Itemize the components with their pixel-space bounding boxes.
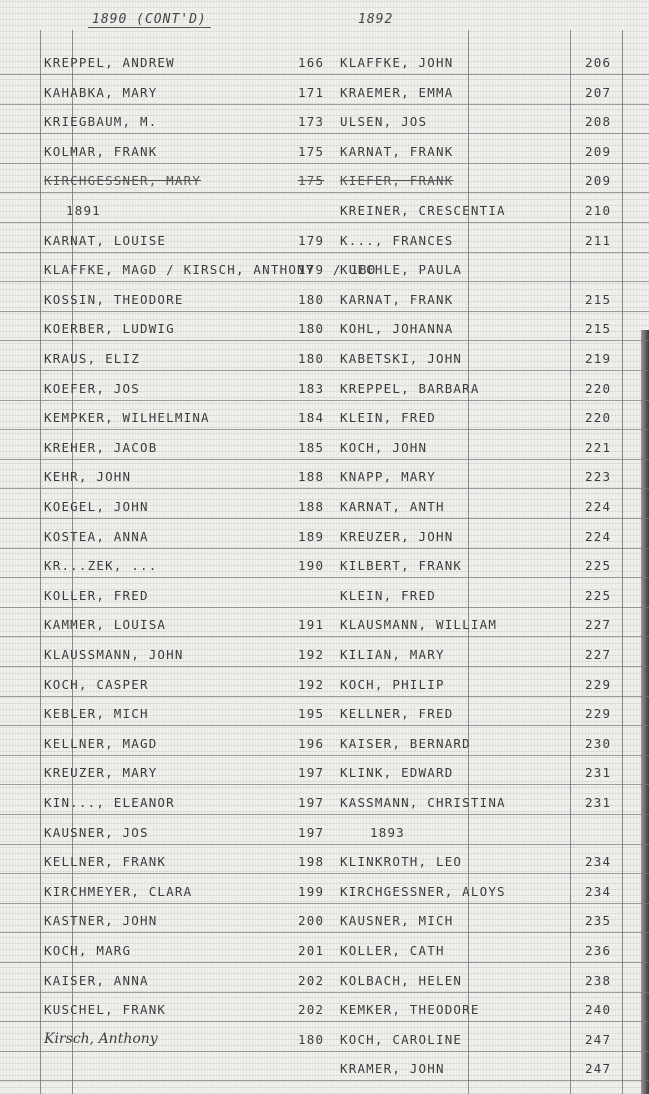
ledger-row: KAMMER, LOUISA191KLAUSMANN, WILLIAM227 xyxy=(0,608,649,637)
entry-number: 198 xyxy=(298,854,324,869)
ledger-row: KARNAT, LOUISE179K..., FRANCES211 xyxy=(0,224,649,253)
right-entry-name: KLEIN, FRED xyxy=(340,410,436,425)
page-number: 209 xyxy=(585,173,611,188)
left-entry-name: KAISER, ANNA xyxy=(44,973,149,988)
page-number: 223 xyxy=(585,469,611,484)
left-entry-name: KRIEGBAUM, M. xyxy=(44,114,157,129)
right-entry-name: ULSEN, JOS xyxy=(340,114,427,129)
left-entry-name: KOSSIN, THEODORE xyxy=(44,292,184,307)
entry-number: 196 xyxy=(298,736,324,751)
ledger-row: KIRCHGESSNER, MARY175KIEFER, FRANK209 xyxy=(0,164,649,193)
page-number: 238 xyxy=(585,973,611,988)
ledger-row: KREUZER, MARY197KLINK, EDWARD231 xyxy=(0,756,649,785)
right-entry-name: KLAUSMANN, WILLIAM xyxy=(340,617,497,632)
right-entry-name: KASSMANN, CHRISTINA xyxy=(340,795,506,810)
page-number: 206 xyxy=(585,55,611,70)
right-entry-name: KOLLER, CATH xyxy=(340,943,445,958)
right-entry-name: KLAFFKE, JOHN xyxy=(340,55,453,70)
ledger-row: KOERBER, LUDWIG180KOHL, JOHANNA215 xyxy=(0,312,649,341)
page-number: 209 xyxy=(585,144,611,159)
left-entry-name: KOLMAR, FRANK xyxy=(44,144,157,159)
entry-number: 202 xyxy=(298,973,324,988)
page-number: 211 xyxy=(585,233,611,248)
ledger-row: KAHABKA, MARY171KRAEMER, EMMA207 xyxy=(0,76,649,105)
ledger-row: KR...ZEK, ...190KILBERT, FRANK225 xyxy=(0,549,649,578)
page-number: 234 xyxy=(585,854,611,869)
page-number: 230 xyxy=(585,736,611,751)
left-entry-name: KELLNER, MAGD xyxy=(44,736,157,751)
ledger-row: 1891KREINER, CRESCENTIA210 xyxy=(0,194,649,223)
page-number: 221 xyxy=(585,440,611,455)
ledger-row: KEHR, JOHN188KNAPP, MARY223 xyxy=(0,460,649,489)
page-number: 207 xyxy=(585,85,611,100)
left-entry-name: KOEFER, JOS xyxy=(44,381,140,396)
page-number: 220 xyxy=(585,410,611,425)
right-entry-name: KREINER, CRESCENTIA xyxy=(340,203,506,218)
left-entry-name: KIRCHMEYER, CLARA xyxy=(44,884,192,899)
page-number: 247 xyxy=(585,1061,611,1076)
right-entry-name: KARNAT, FRANK xyxy=(340,292,453,307)
right-entry-name: KABETSKI, JOHN xyxy=(340,351,462,366)
left-entry-name: KEBLER, MICH xyxy=(44,706,149,721)
ledger-row: KLAUSSMANN, JOHN192KILIAN, MARY227 xyxy=(0,638,649,667)
left-entry-name: KARNAT, LOUISE xyxy=(44,233,166,248)
right-entry-name: KAISER, BERNARD xyxy=(340,736,471,751)
right-entry-name: KAUSNER, MICH xyxy=(340,913,453,928)
page-number: 225 xyxy=(585,588,611,603)
right-entry-name: KILBERT, FRANK xyxy=(340,558,462,573)
entry-number: 173 xyxy=(298,114,324,129)
ledger-row: KRAMER, JOHN247 xyxy=(0,1052,649,1081)
left-entry-name: Kirsch, Anthony xyxy=(44,1031,158,1047)
right-entry-name: KNAPP, MARY xyxy=(340,469,436,484)
right-entry-name: KOCH, PHILIP xyxy=(340,677,445,692)
entry-number: 166 xyxy=(298,55,324,70)
entry-number: 200 xyxy=(298,913,324,928)
page-number: 224 xyxy=(585,529,611,544)
right-year-heading: 1892 xyxy=(358,12,393,27)
left-entry-name: KOCH, CASPER xyxy=(44,677,149,692)
right-entry-name: 1893 xyxy=(370,825,405,840)
left-entry-name: KIN..., ELEANOR xyxy=(44,795,175,810)
right-entry-name: K..., FRANCES xyxy=(340,233,453,248)
page-number: 227 xyxy=(585,617,611,632)
entry-number: 201 xyxy=(298,943,324,958)
page-number: 219 xyxy=(585,351,611,366)
right-entry-name: KREPPEL, BARBARA xyxy=(340,381,480,396)
entry-number: 197 xyxy=(298,795,324,810)
page-number: 210 xyxy=(585,203,611,218)
ledger-row: KRIEGBAUM, M.173ULSEN, JOS208 xyxy=(0,105,649,134)
ledger-row: KASTNER, JOHN200KAUSNER, MICH235 xyxy=(0,904,649,933)
ledger-row: KEMPKER, WILHELMINA184KLEIN, FRED220 xyxy=(0,401,649,430)
left-entry-name: KAUSNER, JOS xyxy=(44,825,149,840)
entry-number: 192 xyxy=(298,677,324,692)
page-number: 220 xyxy=(585,381,611,396)
entry-number: 175 xyxy=(298,144,324,159)
left-year-heading: 1890 (CONT'D) xyxy=(88,12,211,28)
ledger-row: KIRCHMEYER, CLARA199KIRCHGESSNER, ALOYS2… xyxy=(0,875,649,904)
left-entry-name: KRAUS, ELIZ xyxy=(44,351,140,366)
right-entry-name: KLINK, EDWARD xyxy=(340,765,453,780)
page-number: 247 xyxy=(585,1032,611,1047)
ledger-row: KREHER, JACOB185KOCH, JOHN221 xyxy=(0,431,649,460)
right-entry-name: KARNAT, FRANK xyxy=(340,144,453,159)
left-entry-name: KOEGEL, JOHN xyxy=(44,499,149,514)
left-entry-name: KREHER, JACOB xyxy=(44,440,157,455)
ledger-row: KOCH, CASPER192KOCH, PHILIP229 xyxy=(0,668,649,697)
entry-number: 199 xyxy=(298,884,324,899)
ledger-row: KELLNER, FRANK198KLINKROTH, LEO234 xyxy=(0,845,649,874)
right-entry-name: KIRCHGESSNER, ALOYS xyxy=(340,884,506,899)
ledger-row: KELLNER, MAGD196KAISER, BERNARD230 xyxy=(0,727,649,756)
entry-number: 180 xyxy=(298,1032,324,1047)
left-entry-name: KELLNER, FRANK xyxy=(44,854,166,869)
left-entry-name: KIRCHGESSNER, MARY xyxy=(44,173,201,188)
entry-number: 180 xyxy=(298,292,324,307)
right-entry-name: KEMKER, THEODORE xyxy=(340,1002,480,1017)
left-entry-name: 1891 xyxy=(66,203,101,218)
page-number: 229 xyxy=(585,677,611,692)
entry-number: 183 xyxy=(298,381,324,396)
entry-number: 180 xyxy=(298,321,324,336)
page-number: 227 xyxy=(585,647,611,662)
ledger-row: KREPPEL, ANDREW166KLAFFKE, JOHN206 xyxy=(0,46,649,75)
entry-number: 195 xyxy=(298,706,324,721)
page-number: 208 xyxy=(585,114,611,129)
ledger-row: KOSTEA, ANNA189KREUZER, JOHN224 xyxy=(0,520,649,549)
ledger-row: KUSCHEL, FRANK202KEMKER, THEODORE240 xyxy=(0,993,649,1022)
page-number: 236 xyxy=(585,943,611,958)
entry-number: 192 xyxy=(298,647,324,662)
entry-number: 197 xyxy=(298,765,324,780)
left-entry-name: KLAUSSMANN, JOHN xyxy=(44,647,184,662)
ledger-row: Kirsch, Anthony180KOCH, CAROLINE247 xyxy=(0,1023,649,1052)
right-entry-name: KREUZER, JOHN xyxy=(340,529,453,544)
entry-number: 171 xyxy=(298,85,324,100)
left-entry-name: KEHR, JOHN xyxy=(44,469,131,484)
ledger-page: 1890 (CONT'D) 1892 KREPPEL, ANDREW166KLA… xyxy=(0,0,649,1094)
left-entry-name: KOCH, MARG xyxy=(44,943,131,958)
page-number: 231 xyxy=(585,795,611,810)
entry-number: 190 xyxy=(298,558,324,573)
entry-number: 191 xyxy=(298,617,324,632)
page-number: 215 xyxy=(585,292,611,307)
right-entry-name: KUECHLE, PAULA xyxy=(340,262,462,277)
entry-number: 179 xyxy=(298,233,324,248)
entry-number: 188 xyxy=(298,499,324,514)
ledger-row: KOEGEL, JOHN188KARNAT, ANTH224 xyxy=(0,490,649,519)
page-number: 225 xyxy=(585,558,611,573)
right-entry-name: KIEFER, FRANK xyxy=(340,173,453,188)
left-entry-name: KREUZER, MARY xyxy=(44,765,157,780)
right-entry-name: KOCH, CAROLINE xyxy=(340,1032,462,1047)
right-entry-name: KELLNER, FRED xyxy=(340,706,453,721)
left-entry-name: KASTNER, JOHN xyxy=(44,913,157,928)
ledger-row: KOEFER, JOS183KREPPEL, BARBARA220 xyxy=(0,372,649,401)
left-entry-name: KR...ZEK, ... xyxy=(44,558,157,573)
left-entry-name: KOLLER, FRED xyxy=(44,588,149,603)
left-entry-name: KLAFFKE, MAGD / KIRSCH, ANTHONY xyxy=(44,262,315,277)
left-entry-name: KEMPKER, WILHELMINA xyxy=(44,410,210,425)
ledger-row: KOLLER, FREDKLEIN, FRED225 xyxy=(0,579,649,608)
entry-number: 184 xyxy=(298,410,324,425)
right-entry-name: KOLBACH, HELEN xyxy=(340,973,462,988)
entry-number: 197 xyxy=(298,825,324,840)
left-entry-name: KUSCHEL, FRANK xyxy=(44,1002,166,1017)
right-entry-name: KRAMER, JOHN xyxy=(340,1061,445,1076)
ledger-row: KOCH, MARG201KOLLER, CATH236 xyxy=(0,934,649,963)
right-entry-name: KLEIN, FRED xyxy=(340,588,436,603)
page-number: 231 xyxy=(585,765,611,780)
ledger-row: KEBLER, MICH195KELLNER, FRED229 xyxy=(0,697,649,726)
left-entry-name: KOERBER, LUDWIG xyxy=(44,321,175,336)
ledger-row: KLAFFKE, MAGD / KIRSCH, ANTHONY179 / 180… xyxy=(0,253,649,282)
ledger-row: KOLMAR, FRANK175KARNAT, FRANK209 xyxy=(0,135,649,164)
right-entry-name: KRAEMER, EMMA xyxy=(340,85,453,100)
page-number: 224 xyxy=(585,499,611,514)
left-entry-name: KAHABKA, MARY xyxy=(44,85,157,100)
entry-number: 202 xyxy=(298,1002,324,1017)
entry-number: 189 xyxy=(298,529,324,544)
left-entry-name: KOSTEA, ANNA xyxy=(44,529,149,544)
ledger-row: KIN..., ELEANOR197KASSMANN, CHRISTINA231 xyxy=(0,786,649,815)
left-entry-name: KAMMER, LOUISA xyxy=(44,617,166,632)
right-entry-name: KOCH, JOHN xyxy=(340,440,427,455)
page-number: 229 xyxy=(585,706,611,721)
left-entry-name: KREPPEL, ANDREW xyxy=(44,55,175,70)
page-number: 240 xyxy=(585,1002,611,1017)
right-entry-name: KARNAT, ANTH xyxy=(340,499,445,514)
ledger-row: KAISER, ANNA202KOLBACH, HELEN238 xyxy=(0,964,649,993)
ledger-row: KRAUS, ELIZ180KABETSKI, JOHN219 xyxy=(0,342,649,371)
entry-number: 175 xyxy=(298,173,324,188)
right-entry-name: KILIAN, MARY xyxy=(340,647,445,662)
page-number: 234 xyxy=(585,884,611,899)
ledger-row: KOSSIN, THEODORE180KARNAT, FRANK215 xyxy=(0,283,649,312)
entry-number: 185 xyxy=(298,440,324,455)
right-entry-name: KLINKROTH, LEO xyxy=(340,854,462,869)
right-entry-name: KOHL, JOHANNA xyxy=(340,321,453,336)
entry-number: 188 xyxy=(298,469,324,484)
ledger-row: KAUSNER, JOS1971893 xyxy=(0,816,649,845)
page-number: 235 xyxy=(585,913,611,928)
page-number: 215 xyxy=(585,321,611,336)
entry-number: 180 xyxy=(298,351,324,366)
